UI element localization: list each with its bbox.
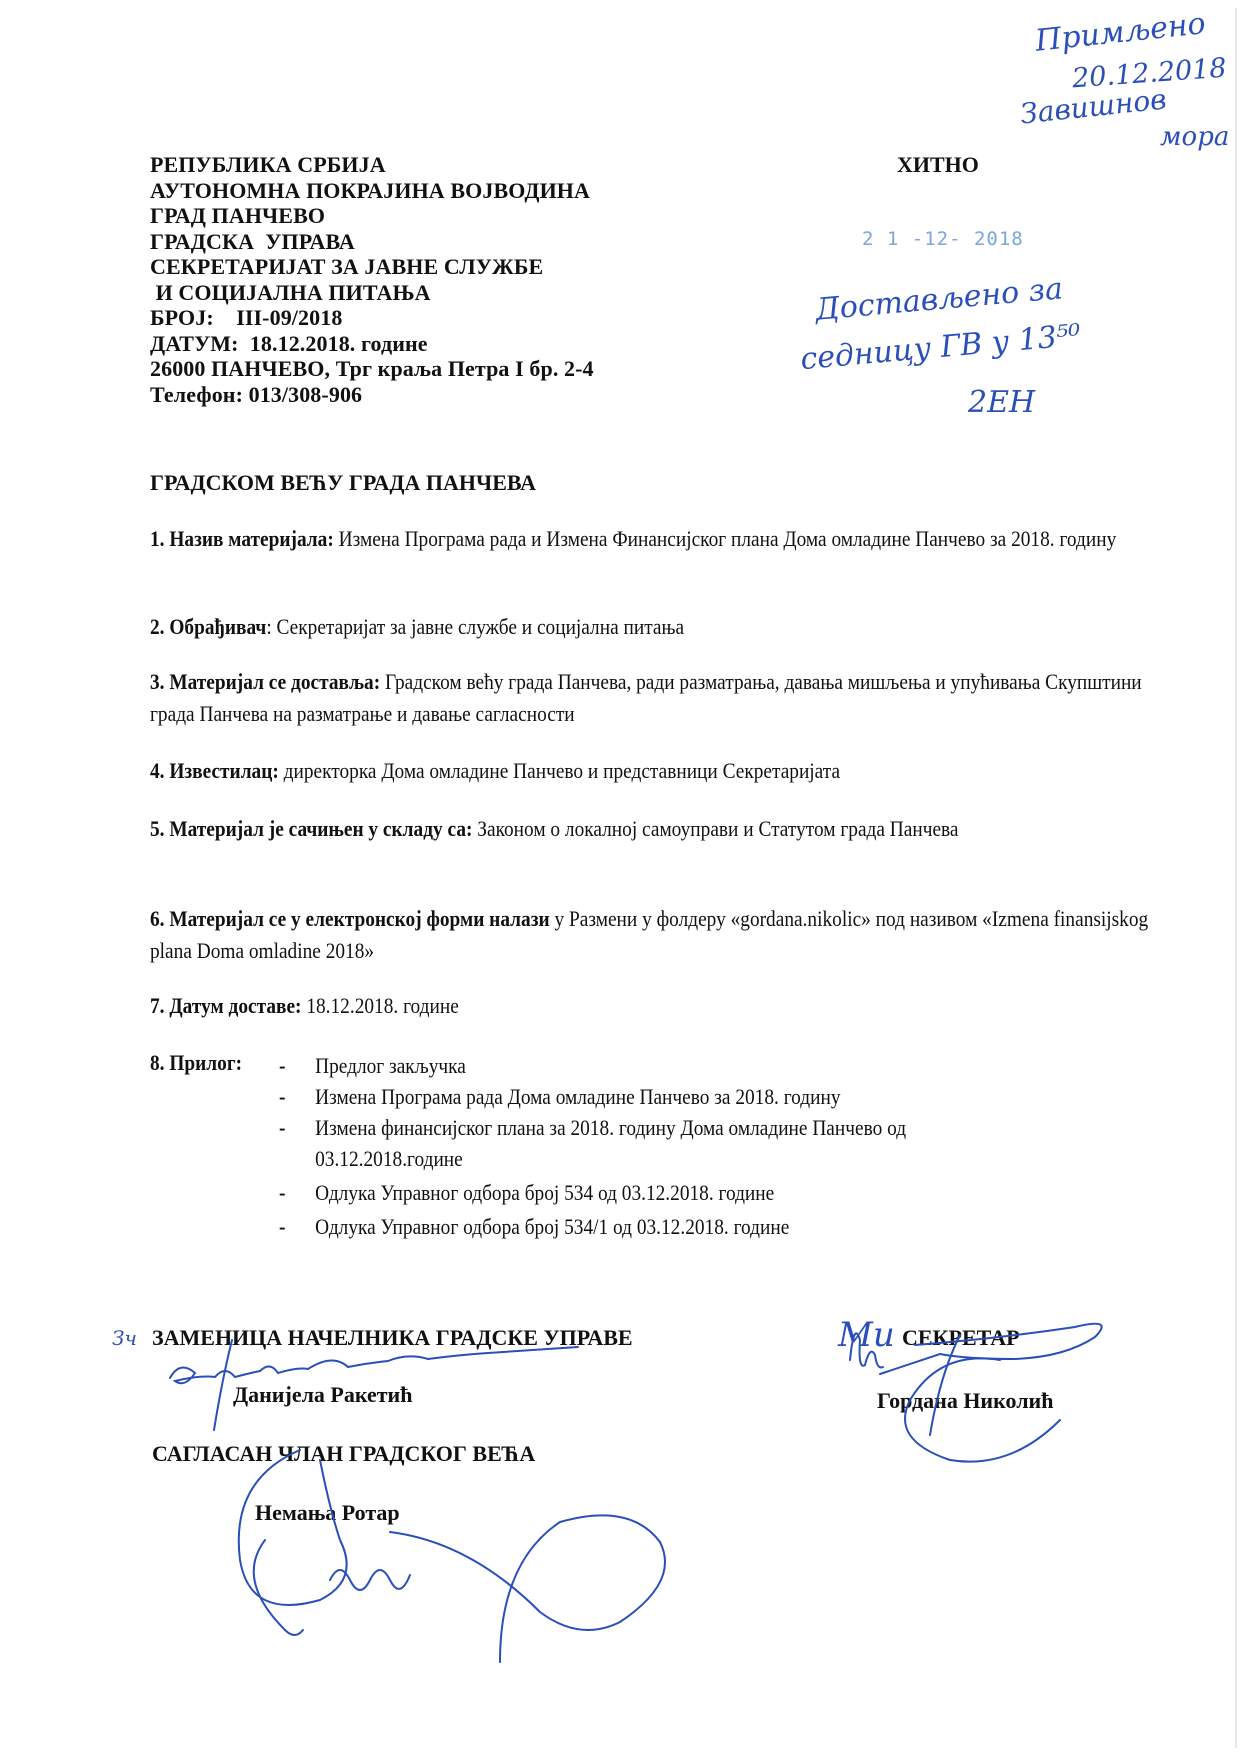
deputy-name: Данијела Ракетић [233, 1382, 412, 1408]
attachment-item: -Одлука Управног одбора број 534/1 од 03… [150, 1211, 1096, 1242]
attachment-text: Измена Програма рада Дома омладине Панче… [315, 1081, 1096, 1112]
item-material-title: 1. Назив материјала: Измена Програма рад… [150, 523, 1150, 555]
item-delivered-to: 3. Материјал се доставља: Градском већу … [150, 666, 1150, 730]
delivery-note-line: сeдницу ГВ у 13⁵⁰ [799, 318, 1082, 377]
phone: Телефон: 013/308-906 [150, 382, 594, 408]
item-legal-basis: 5. Материјал је сачињен у складу са: Зак… [150, 813, 1150, 845]
deputy-signature-icon [170, 1347, 578, 1383]
delivery-note-session: сeдницу ГВ у 13⁵⁰ [799, 318, 1082, 377]
received-note-extra: мора [1160, 122, 1229, 152]
item-label: 3. Материјал се доставља: [150, 669, 380, 694]
letterhead-line: ГРАДСКА УПРАВА [150, 229, 594, 255]
attachment-item: -Предлог закључка [150, 1050, 1096, 1081]
scan-edge [1235, 8, 1237, 1748]
item-label: 2. Обрађивач [150, 614, 266, 639]
item-text: : Секретаријат за јавне службе и социјал… [266, 614, 684, 639]
item-rapporteur: 4. Известилац: директорка Дома омладине … [150, 755, 1150, 787]
address: 26000 ПАНЧЕВО, Трг краља Петра I бр. 2-4 [150, 356, 594, 382]
item-text: Измена Програма рада и Измена Финансијск… [334, 526, 1116, 551]
attachment-item: -Измена финансијског плана за 2018. годи… [150, 1112, 1079, 1174]
attachments-list: -Предлог закључка -Измена Програма рада … [150, 1050, 1096, 1242]
attachment-item: -Измена Програма рада Дома омладине Панч… [150, 1081, 1096, 1112]
item-text: Законом о локалној самоуправи и Статутом… [472, 816, 958, 841]
document-date: ДАТУМ: 18.12.2018. године [150, 331, 594, 357]
initials-right: Ми [838, 1315, 895, 1355]
item-text: 18.12.2018. године [301, 993, 458, 1018]
letterhead-line: ГРАД ПАНЧЕВО [150, 203, 594, 229]
secretary-name: Гордана Николић [877, 1388, 1053, 1414]
item-label: 7. Датум доставе: [150, 993, 301, 1018]
letterhead: РЕПУБЛИКА СРБИЈА АУТОНОМНА ПОКРАЈИНА ВОЈ… [150, 152, 594, 407]
item-label: 1. Назив материјала: [150, 526, 334, 551]
attachment-text: Измена финансијског плана за 2018. годин… [315, 1112, 1029, 1174]
delivery-note-initials: 2ЕН [968, 385, 1035, 420]
letterhead-line: СЕКРЕТАРИЈАТ ЗА ЈАВНЕ СЛУЖБЕ [150, 254, 594, 280]
council-title: САГЛАСАН ЧЛАН ГРАДСКОГ ВЕЋА [152, 1441, 535, 1467]
item-delivery-date: 7. Датум доставе: 18.12.2018. године [150, 990, 1150, 1022]
addressee: ГРАДСКОМ ВЕЋУ ГРАДА ПАНЧЕВА [150, 470, 536, 496]
item-electronic-location: 6. Материјал се у електронској форми нал… [150, 903, 1150, 967]
document-number: БРОЈ: III-09/2018 [150, 305, 594, 331]
letterhead-line: АУТОНОМНА ПОКРАЈИНА ВОЈВОДИНА [150, 178, 594, 204]
secretary-title: СЕКРЕТАР [902, 1325, 1020, 1351]
received-by-note: Завишнов [1019, 82, 1168, 130]
letterhead-line: И СОЦИЈАЛНА ПИТАЊА [150, 280, 594, 306]
attachment-text: Одлука Управног одбора број 534/1 од 03.… [315, 1211, 1096, 1242]
received-note: Примљено [1034, 9, 1207, 57]
received-extra-note: мора [1160, 122, 1229, 152]
item-author: 2. Обрађивач: Секретаријат за јавне служ… [150, 611, 1150, 643]
item-label: 6. Материјал се у електронској форми нал… [150, 906, 550, 931]
council-signature-icon [239, 1450, 347, 1605]
received-stamp-date: 2 1 -12- 2018 [862, 228, 1024, 250]
item-text: директорка Дома омладине Панчево и предс… [279, 758, 840, 783]
letterhead-line: РЕПУБЛИКА СРБИЈА [150, 152, 594, 178]
item-label: 4. Известилац: [150, 758, 279, 783]
attachment-text: Одлука Управног одбора број 534 од 03.12… [315, 1177, 1096, 1208]
deputy-title: ЗАМЕНИЦА НАЧЕЛНИКА ГРАДСКЕ УПРАВЕ [152, 1325, 633, 1351]
delivery-note-line: 2ЕН [968, 385, 1035, 420]
received-note-line: Примљено [1034, 9, 1207, 57]
delivery-note-line: Достављено за [814, 271, 1064, 327]
received-note-name: Завишнов [1019, 82, 1168, 130]
urgent-label: ХИТНО [897, 152, 979, 178]
document-page: РЕПУБЛИКА СРБИЈА АУТОНОМНА ПОКРАЈИНА ВОЈ… [0, 0, 1240, 1752]
attachment-text: Предлог закључка [315, 1050, 1096, 1081]
initials-left: Зч [112, 1326, 137, 1350]
council-name: Немања Ротар [255, 1500, 400, 1526]
attachment-item: -Одлука Управног одбора број 534 од 03.1… [150, 1177, 1096, 1208]
item-label: 5. Материјал је сачињен у складу са: [150, 816, 472, 841]
delivery-note: Достављено за [814, 271, 1064, 327]
